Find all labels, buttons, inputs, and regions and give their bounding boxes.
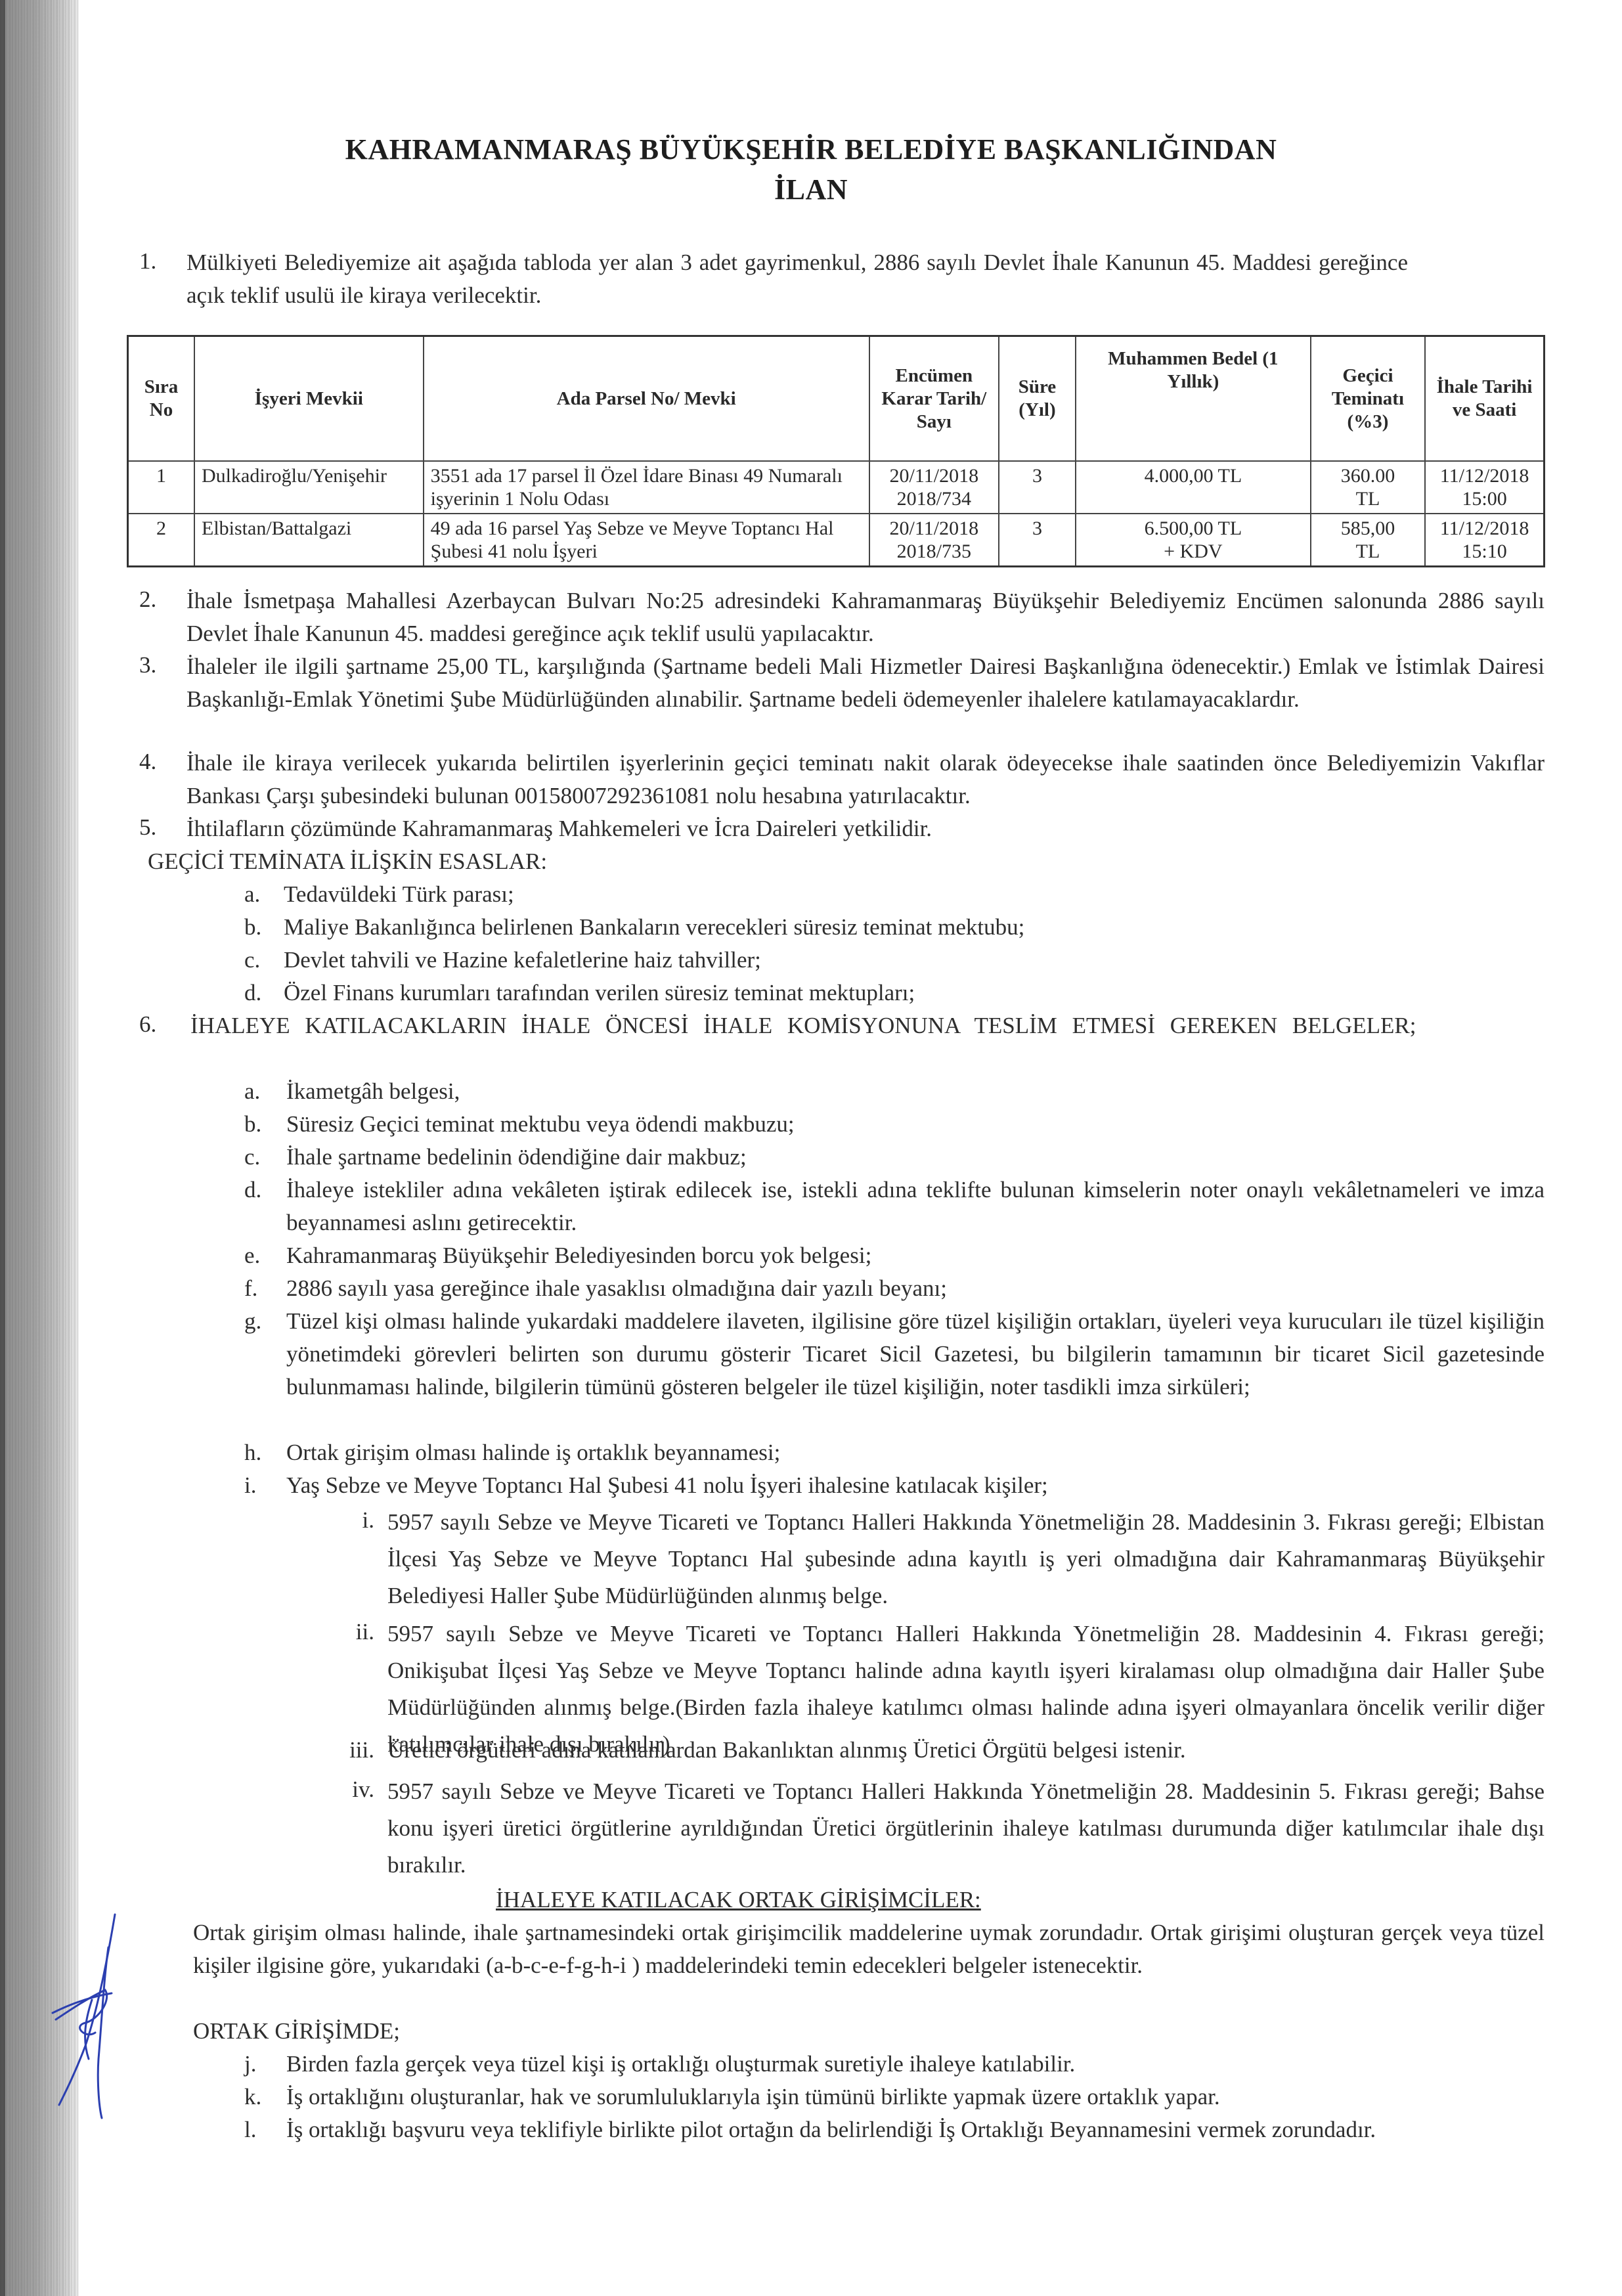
belge-item: İhaleye istekliler adına vekâleten iştir…	[286, 1174, 1545, 1239]
belge-letter: a.	[244, 1075, 260, 1108]
cell-sira: 1	[128, 461, 195, 514]
karar-tarih: 20/11/2018	[877, 464, 992, 487]
teminat-letter: a.	[244, 878, 260, 911]
bedel-extra: + KDV	[1083, 540, 1304, 563]
belge-letter: b.	[244, 1108, 261, 1141]
teminat-letter: d.	[244, 977, 261, 1009]
karar-tarih: 20/11/2018	[877, 517, 992, 540]
item-number: 2.	[139, 586, 156, 613]
item-number: 3.	[139, 652, 156, 678]
cell-bedel: 6.500,00 TL+ KDV	[1076, 514, 1311, 567]
intro-paragraph: Mülkiyeti Belediyemize ait aşağıda tablo…	[186, 246, 1408, 312]
belge-item: İhale şartname bedelinin ödendiğine dair…	[286, 1141, 747, 1174]
item-paragraph-5: İhtilafların çözümünde Kahramanmaraş Mah…	[186, 812, 932, 845]
col-header-bedel: Muhammen Bedel (1 Yıllık)	[1076, 336, 1311, 462]
ortak-item: İş ortaklığını oluşturanlar, hak ve soru…	[286, 2081, 1220, 2113]
ortak-item: Birden fazla gerçek veya tüzel kişi iş o…	[286, 2048, 1075, 2081]
ihale-time: 15:10	[1432, 540, 1537, 563]
teminat-unit: TL	[1318, 487, 1418, 510]
sub-roman: ii.	[335, 1616, 374, 1648]
cell-teminat: 360.00TL	[1311, 461, 1425, 514]
teminat-letter: b.	[244, 911, 261, 944]
bedel-value: 4.000,00 TL	[1083, 464, 1304, 487]
sub-item: 5957 sayılı Sebze ve Meyve Ticareti ve T…	[387, 1504, 1545, 1614]
cell-ada-parsel: 49 ada 16 parsel Yaş Sebze ve Meyve Topt…	[424, 514, 869, 567]
ihale-date: 11/12/2018	[1432, 517, 1537, 540]
cell-isyeri: Dulkadiroğlu/Yenişehir	[194, 461, 424, 514]
teminat-unit: TL	[1318, 540, 1418, 563]
property-table: Sıra No İşyeri Mevkii Ada Parsel No/ Mev…	[127, 335, 1545, 567]
belge-letter: e.	[244, 1239, 260, 1272]
ortak-heading: İHALEYE KATILACAK ORTAK GİRİŞİMCİLER:	[496, 1884, 981, 1916]
cell-teminat: 585,00TL	[1311, 514, 1425, 567]
belgeler-heading: İHALEYE KATILACAKLARIN İHALE ÖNCESİ İHAL…	[190, 1009, 1545, 1042]
ihale-date: 11/12/2018	[1432, 464, 1537, 487]
sub-roman: iv.	[328, 1773, 374, 1806]
item-number: 1.	[139, 248, 156, 275]
teminat-letter: c.	[244, 944, 260, 977]
cell-isyeri: Elbistan/Battalgazi	[194, 514, 424, 567]
teminat-item: Maliye Bakanlığınca belirlenen Bankaları…	[284, 911, 1024, 944]
cell-ada-parsel: 3551 ada 17 parsel İl Özel İdare Binası …	[424, 461, 869, 514]
col-header-teminat: Geçici Teminatı (%3)	[1311, 336, 1425, 462]
table-header-row: Sıra No İşyeri Mevkii Ada Parsel No/ Mev…	[128, 336, 1545, 462]
col-header-ada-parsel: Ada Parsel No/ Mevki	[424, 336, 869, 462]
cell-sure: 3	[999, 514, 1076, 567]
ortak-letter: j.	[244, 2048, 256, 2081]
sub-roman: i.	[348, 1504, 374, 1537]
cell-bedel: 4.000,00 TL	[1076, 461, 1311, 514]
ortak-letter: k.	[244, 2081, 261, 2113]
karar-sayi: 2018/734	[877, 487, 992, 510]
belge-letter: f.	[244, 1272, 257, 1305]
table-row: 2 Elbistan/Battalgazi 49 ada 16 parsel Y…	[128, 514, 1545, 567]
ortak-subheading: ORTAK GİRİŞİMDE;	[193, 2015, 400, 2048]
item-number: 4.	[139, 749, 156, 775]
item-paragraph-2: İhale İsmetpaşa Mahallesi Azerbaycan Bul…	[186, 585, 1545, 650]
document-subtitle: İLAN	[0, 173, 1622, 206]
signature-icon	[46, 1908, 125, 2125]
belge-item: Süresiz Geçici teminat mektubu veya öden…	[286, 1108, 795, 1141]
sub-item: 5957 sayılı Sebze ve Meyve Ticareti ve T…	[387, 1773, 1545, 1884]
cell-sure: 3	[999, 461, 1076, 514]
col-header-sure: Süre (Yıl)	[999, 336, 1076, 462]
belge-letter: i.	[244, 1469, 256, 1502]
col-header-encumen: Encümen Karar Tarih/ Sayı	[869, 336, 999, 462]
belge-letter: d.	[244, 1174, 261, 1206]
item-paragraph-4: İhale ile kiraya verilecek yukarıda beli…	[186, 747, 1545, 812]
table-row: 1 Dulkadiroğlu/Yenişehir 3551 ada 17 par…	[128, 461, 1545, 514]
ihale-time: 15:00	[1432, 487, 1537, 510]
teminat-value: 360.00	[1318, 464, 1418, 487]
belge-letter: g.	[244, 1305, 261, 1338]
belge-item: Tüzel kişi olması halinde yukardaki madd…	[286, 1305, 1545, 1403]
belge-item: İkametgâh belgesi,	[286, 1075, 460, 1108]
belge-letter: c.	[244, 1141, 260, 1174]
teminat-heading: GEÇİCİ TEMİNATA İLİŞKİN ESASLAR:	[148, 845, 547, 878]
cell-encumen: 20/11/20182018/735	[869, 514, 999, 567]
karar-sayi: 2018/735	[877, 540, 992, 563]
sub-roman: iii.	[328, 1734, 374, 1767]
document-title: KAHRAMANMARAŞ BÜYÜKŞEHİR BELEDİYE BAŞKAN…	[0, 133, 1622, 166]
item-number: 6.	[139, 1011, 156, 1038]
bedel-value: 6.500,00 TL	[1083, 517, 1304, 540]
cell-ihale-tarihi: 11/12/201815:00	[1425, 461, 1544, 514]
announcement-page: KAHRAMANMARAŞ BÜYÜKŞEHİR BELEDİYE BAŞKAN…	[0, 0, 1622, 2296]
teminat-item: Devlet tahvili ve Hazine kefaletlerine h…	[284, 944, 761, 977]
cell-encumen: 20/11/20182018/734	[869, 461, 999, 514]
teminat-value: 585,00	[1318, 517, 1418, 540]
item-paragraph-3: İhaleler ile ilgili şartname 25,00 TL, k…	[186, 650, 1545, 716]
belge-item: Yaş Sebze ve Meyve Toptancı Hal Şubesi 4…	[286, 1469, 1048, 1502]
cell-ihale-tarihi: 11/12/201815:10	[1425, 514, 1544, 567]
belge-letter: h.	[244, 1436, 261, 1469]
belge-item: 2886 sayılı yasa gereğince ihale yasaklı…	[286, 1272, 947, 1305]
sub-item: Üretici örgütleri adına katılanlardan Ba…	[387, 1734, 1186, 1767]
teminat-item: Özel Finans kurumları tarafından verilen…	[284, 977, 915, 1009]
ortak-item: İş ortaklığı başvuru veya teklifiyle bir…	[286, 2113, 1545, 2146]
belge-item: Kahramanmaraş Büyükşehir Belediyesinden …	[286, 1239, 871, 1272]
belge-item: Ortak girişim olması halinde iş ortaklık…	[286, 1436, 780, 1469]
cell-sira: 2	[128, 514, 195, 567]
col-header-ihale-tarihi: İhale Tarihi ve Saati	[1425, 336, 1544, 462]
item-number: 5.	[139, 814, 156, 841]
ortak-letter: l.	[244, 2113, 256, 2146]
ortak-paragraph: Ortak girişim olması halinde, ihale şart…	[193, 1916, 1545, 1982]
col-header-sira: Sıra No	[128, 336, 195, 462]
teminat-item: Tedavüldeki Türk parası;	[284, 878, 514, 911]
col-header-isyeri: İşyeri Mevkii	[194, 336, 424, 462]
